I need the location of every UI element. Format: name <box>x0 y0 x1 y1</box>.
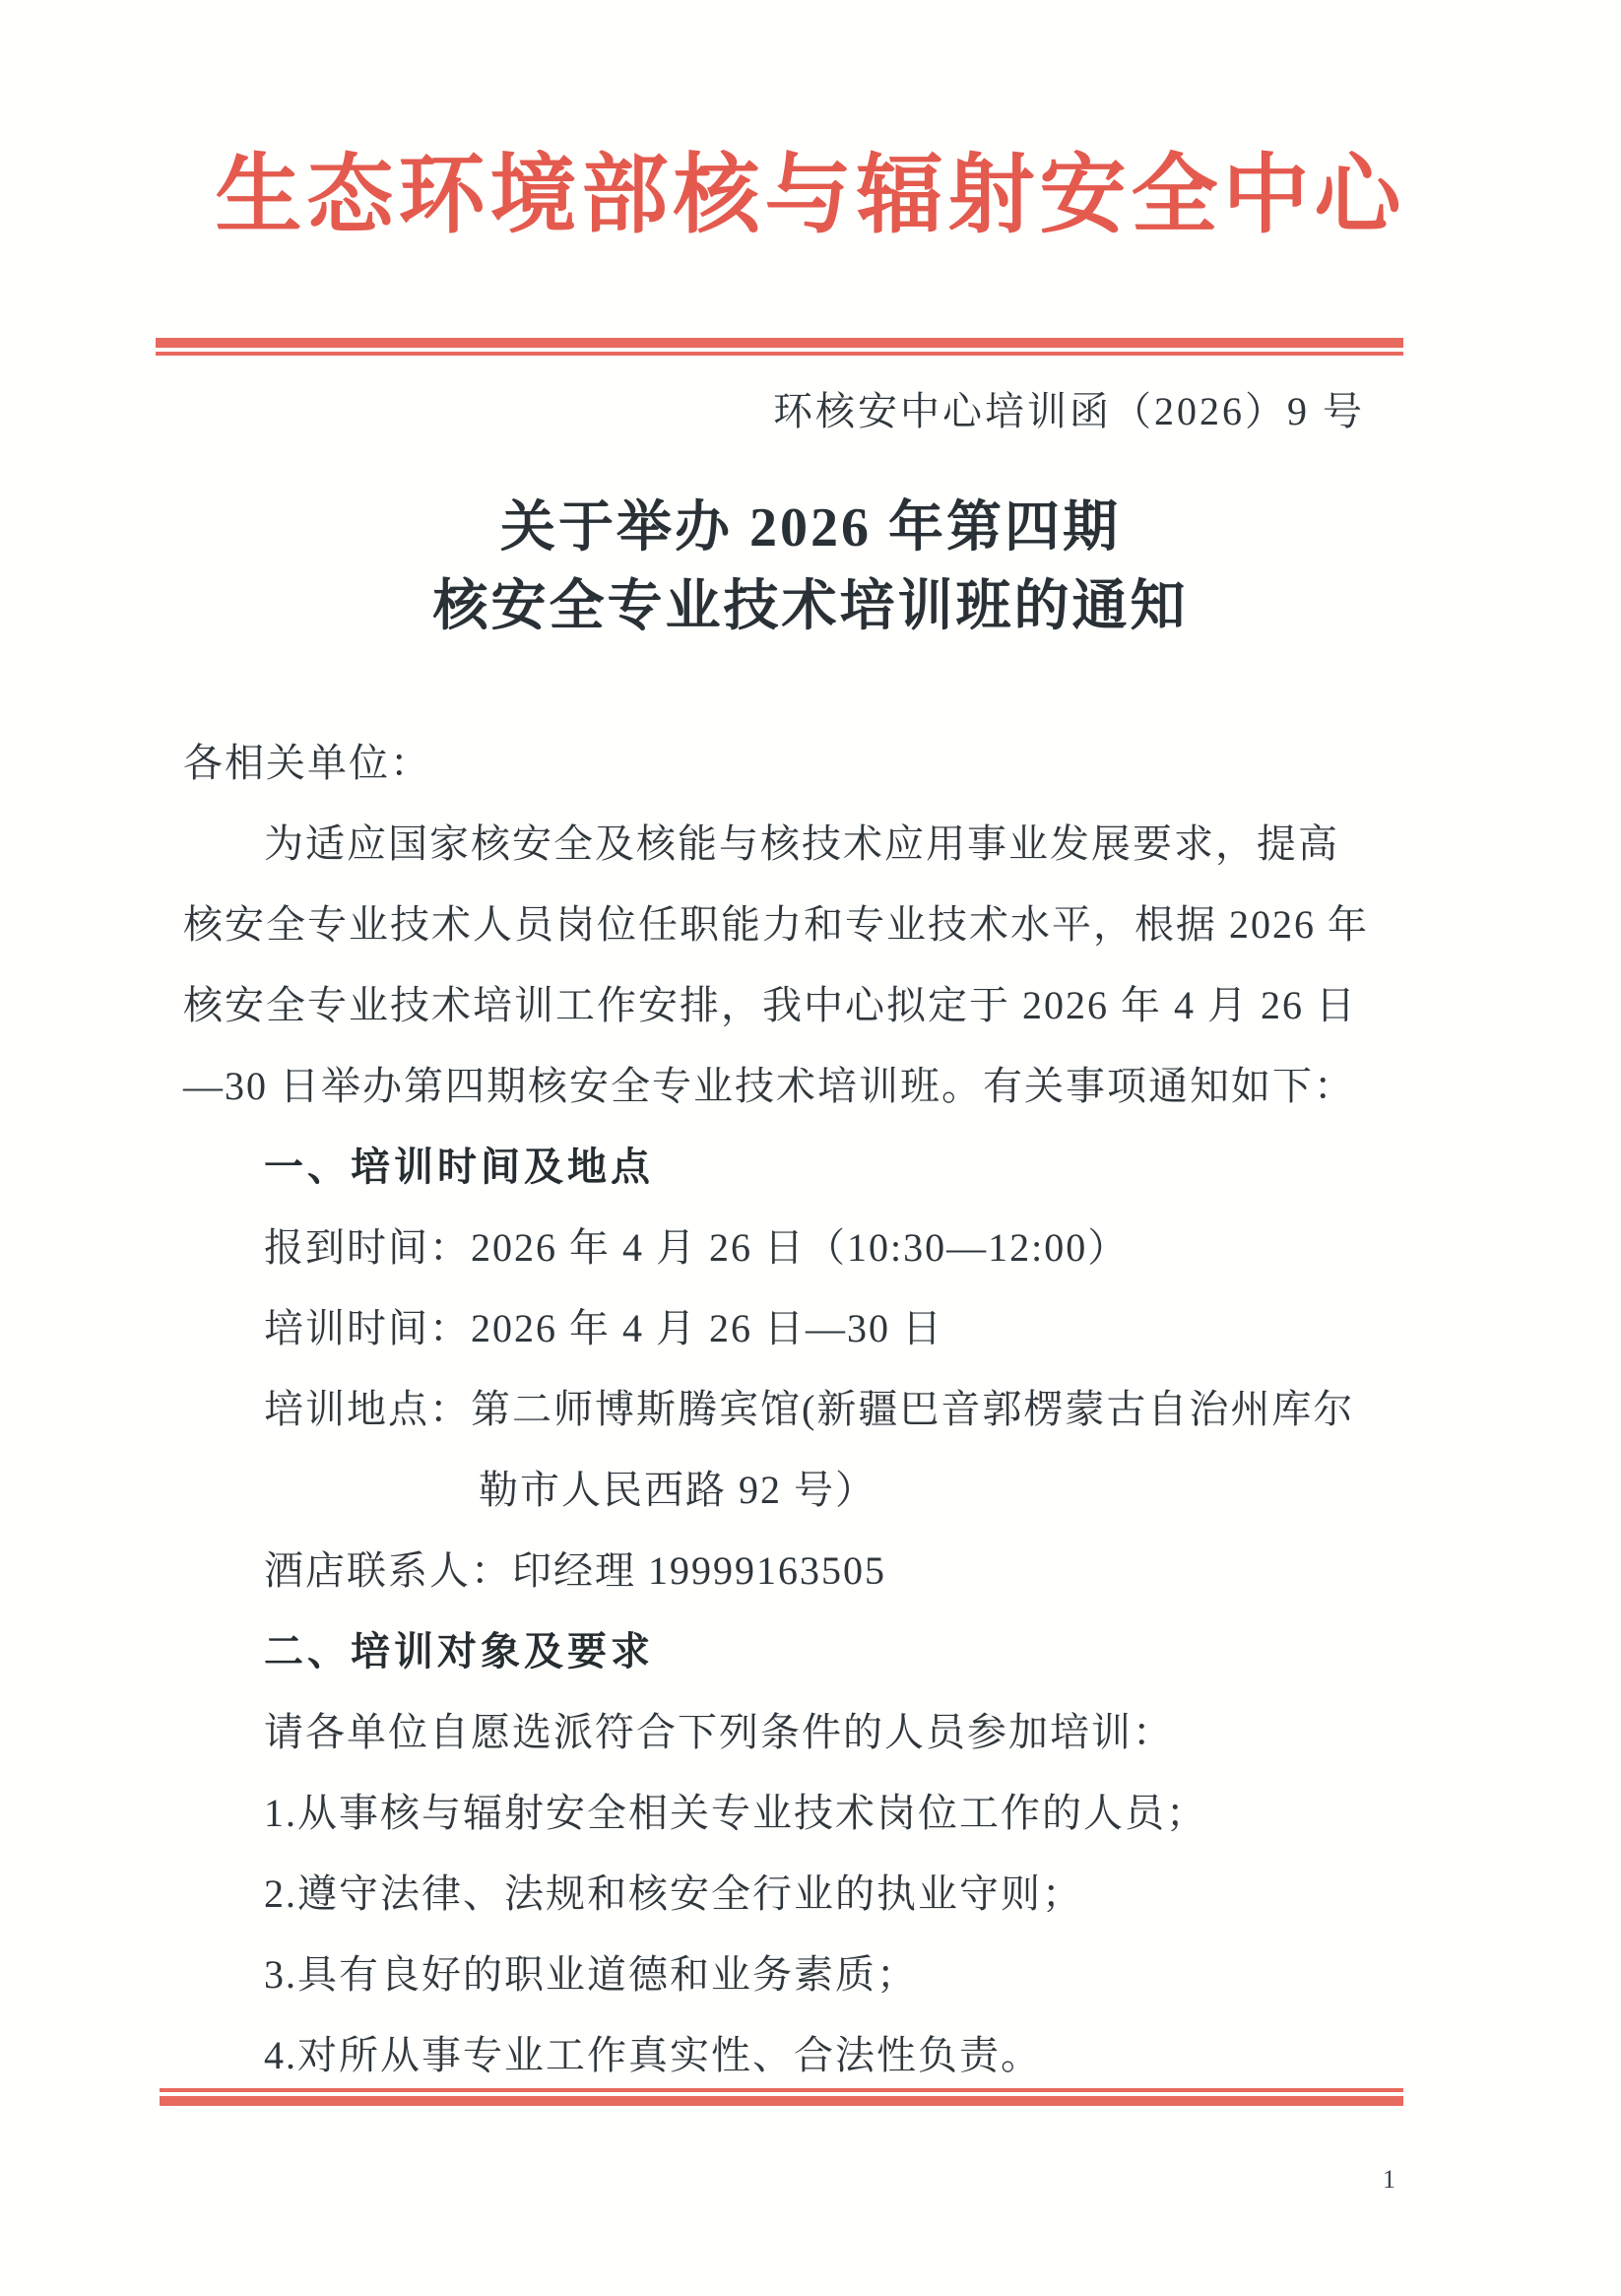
org-title: 生态环境部核与辐射安全中心 <box>0 126 1621 250</box>
section2-intro: 请各单位自愿选派符合下列条件的人员参加培训： <box>183 1692 1454 1773</box>
training-place-line-cont: 勒市人民西路 92 号） <box>183 1450 1454 1531</box>
intro-line-3: 核安全专业技术培训工作安排，我中心拟定于 2026 年 4 月 26 日 <box>183 965 1454 1046</box>
document-page: 生态环境部核与辐射安全中心 环核安中心培训函（2026）9 号 关于举办 202… <box>0 0 1621 2296</box>
training-time-line: 培训时间：2026 年 4 月 26 日—30 日 <box>183 1288 1454 1369</box>
intro-line-4: —30 日举办第四期核安全专业技术培训班。有关事项通知如下： <box>183 1046 1454 1127</box>
requirement-item-1: 1.从事核与辐射安全相关专业技术岗位工作的人员； <box>183 1773 1454 1854</box>
requirement-item-4: 4.对所从事专业工作真实性、合法性负责。 <box>183 2015 1454 2096</box>
training-place-line: 培训地点：第二师博斯腾宾馆(新疆巴音郭楞蒙古自治州库尔 <box>183 1369 1454 1450</box>
header-rule-thin <box>156 352 1403 356</box>
hotel-contact-line: 酒店联系人：印经理 19999163505 <box>183 1531 1454 1611</box>
footer-rule-thick <box>160 2096 1403 2106</box>
requirement-item-3: 3.具有良好的职业道德和业务素质； <box>183 1935 1454 2015</box>
intro-line-1: 为适应国家核安全及核能与核技术应用事业发展要求，提高 <box>183 804 1454 885</box>
page-number: 1 <box>1383 2165 1395 2195</box>
intro-line-2: 核安全专业技术人员岗位任职能力和专业技术水平，根据 2026 年 <box>183 885 1454 965</box>
document-body: 各相关单位： 为适应国家核安全及核能与核技术应用事业发展要求，提高 核安全专业技… <box>183 723 1454 2096</box>
checkin-time-line: 报到时间：2026 年 4 月 26 日（10:30—12:00） <box>183 1208 1454 1288</box>
footer-rule-thin <box>160 2088 1403 2092</box>
doc-title: 关于举办 2026 年第四期 核安全专业技术培训班的通知 <box>0 489 1621 646</box>
ref-number: 环核安中心培训函（2026）9 号 <box>773 380 1365 436</box>
doc-title-line1: 关于举办 2026 年第四期 <box>0 489 1621 567</box>
salutation: 各相关单位： <box>183 723 1454 804</box>
doc-title-line2: 核安全专业技术培训班的通知 <box>0 567 1621 646</box>
footer-double-rule <box>160 2088 1403 2106</box>
header-rule-thick <box>156 338 1403 348</box>
section2-heading: 二、培训对象及要求 <box>183 1611 1454 1692</box>
requirement-item-2: 2.遵守法律、法规和核安全行业的执业守则； <box>183 1854 1454 1935</box>
header-double-rule <box>156 338 1403 356</box>
section1-heading: 一、培训时间及地点 <box>183 1127 1454 1208</box>
